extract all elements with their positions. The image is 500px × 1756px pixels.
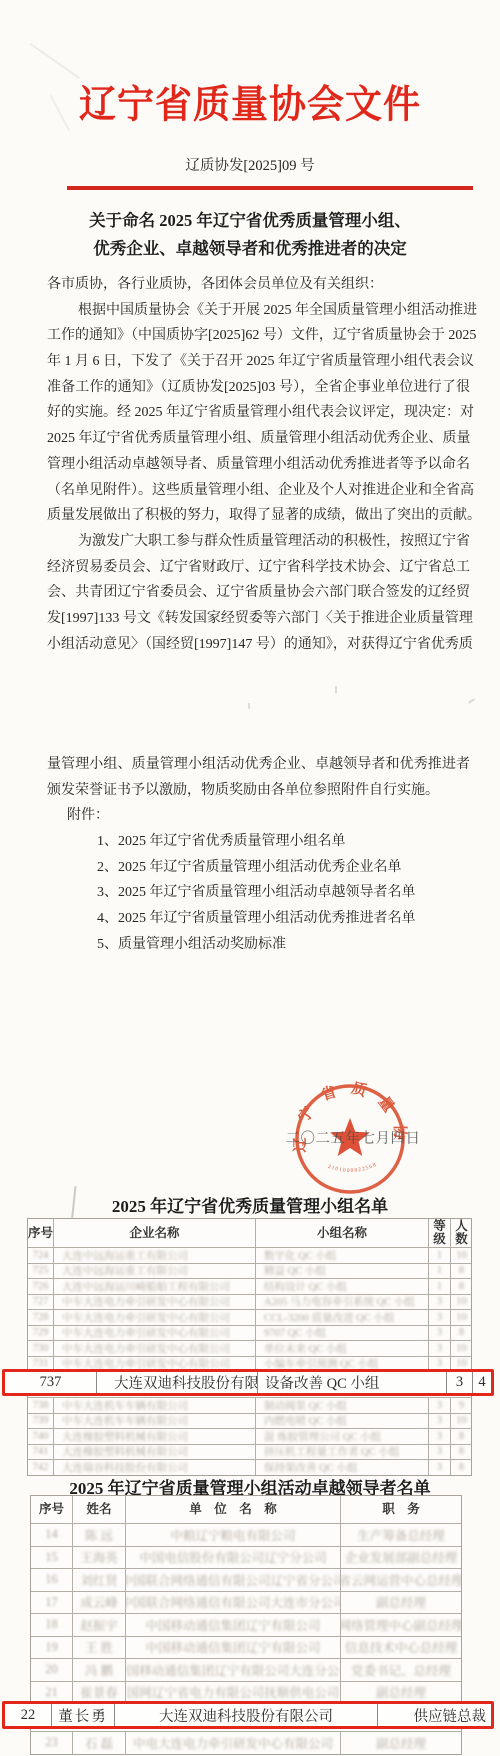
table-cell: 大连瑞谷科技股份有限公司: [54, 1460, 256, 1475]
scan-artifact: [335, 686, 337, 693]
table-cell: 中国联合网络通信有限公司大连市分公司: [126, 1592, 341, 1614]
body-line: 4、2025 年辽宁省质量管理小组活动优秀推进者名单: [47, 906, 470, 932]
table-cell: 742: [28, 1460, 54, 1475]
blurred-cell-text: 14: [45, 1527, 58, 1542]
blurred-cell-text: 726: [33, 1281, 49, 1292]
table-cell: 保持架改善 QC 小组: [256, 1460, 429, 1475]
table-cell: 3: [429, 1445, 451, 1460]
blurred-cell-text: 9707 QC 小组: [264, 1326, 326, 1341]
table-row: 724大连中远海运重工有限公司数字化 QC 小组110: [28, 1247, 471, 1263]
blurred-cell-text: 石 磊: [85, 1734, 113, 1752]
blurred-cell-text: 8: [459, 1431, 464, 1442]
job-title: 供应链总裁: [378, 1704, 491, 1726]
table-cell: 19: [31, 1637, 73, 1659]
org-title: 辽宁省质量协会文件: [0, 73, 500, 129]
blurred-cell-text: 中车大连机车车辆有限公司: [62, 1398, 188, 1413]
blurred-cell-text: 数字化 QC 小组: [264, 1248, 336, 1263]
blurred-cell-text: 3: [437, 1446, 442, 1457]
blurred-cell-text: 崔景春: [80, 1683, 118, 1701]
table-cell: 中车大连电力牵引研发中心有限公司: [54, 1295, 256, 1310]
table-cell: 单位未来 QC 小组: [256, 1341, 429, 1356]
blurred-cell-text: 副总经理: [376, 1683, 426, 1701]
grade: 3: [447, 1372, 473, 1393]
table-cell: 3: [429, 1341, 451, 1356]
blurred-cell-text: 中电大连电力牵引研发中心有限公司: [133, 1734, 333, 1752]
column-header: 单 位 名 称: [126, 1496, 341, 1523]
blurred-cell-text: A205 马力电容牵引系统 QC 小组: [264, 1295, 415, 1310]
blurred-cell-text: 10: [456, 1312, 467, 1323]
table-cell: 中车大连电力牵引研发中心有限公司: [54, 1310, 256, 1325]
body-text-page2: 量管理小组、质量管理小组活动优秀企业、卓越领导者和优秀推进者颁发荣誉证书予以激励…: [47, 752, 470, 958]
blurred-cell-text: 724: [33, 1250, 49, 1261]
body-line: 为激发广大职工参与群众性质量管理活动的积极性，按照辽宁省: [47, 529, 470, 555]
table-cell: 9: [451, 1398, 472, 1413]
table-cell: 741: [28, 1445, 54, 1460]
table-cell: 崔景春: [73, 1682, 126, 1704]
body-line: 经济贸易委员会、辽宁省财政厅、辽宁省科学技术协会、辽宁省总工: [47, 555, 470, 581]
blurred-cell-text: CCL-3200 质量改进 QC 小组: [264, 1310, 394, 1325]
table-cell: 网络管理中心副总经理: [341, 1614, 461, 1636]
blurred-cell-text: 赵振宇: [80, 1616, 118, 1634]
table-row: 14陈 远中粮辽宁粮电有限公司生产筹备总经理: [31, 1523, 461, 1546]
table-row: 726大连中远海运川崎船舶工程有限公司结构设计 QC 小组18: [28, 1278, 471, 1294]
table-row: 738中车大连机车车辆有限公司制动阀泵 QC 小组39: [28, 1397, 471, 1413]
table-cell: 15: [31, 1547, 73, 1569]
table-cell: 728: [28, 1310, 54, 1325]
blurred-cell-text: 网络管理中心副总经理: [341, 1616, 461, 1634]
blurred-cell-text: 10: [456, 1296, 467, 1307]
column-header: 姓名: [73, 1496, 126, 1523]
blurred-cell-text: 大连中远海运重工有限公司: [62, 1264, 188, 1279]
blurred-cell-text: 内燃电喷 QC 小组: [264, 1414, 347, 1429]
table-cell: 中电大连电力牵引研发中心有限公司: [126, 1732, 341, 1754]
table-cell: 21: [31, 1682, 73, 1704]
table-cell: 中国电信股份有限公司辽宁分公司: [126, 1547, 341, 1569]
table-cell: 中国联合网络通信有限公司辽宁省分公司: [126, 1569, 341, 1591]
blurred-cell-text: 中车大连电力牵引研发中心有限公司: [62, 1326, 230, 1341]
table-cell: 3: [429, 1295, 451, 1310]
blurred-cell-text: 中车大连电力牵引研发中心有限公司: [62, 1295, 230, 1310]
body-line: 质量发展做出了积极的努力，取得了显著的成绩，做出了突出的贡献。: [47, 503, 470, 529]
table-cell: CCL-3200 质量改进 QC 小组: [256, 1310, 429, 1325]
blurred-cell-text: 中国电信股份有限公司辽宁分公司: [139, 1548, 327, 1566]
body-line: 量管理小组、质量管理小组活动优秀企业、卓越领导者和优秀推进者: [47, 752, 470, 778]
blurred-cell-text: 3: [437, 1358, 442, 1369]
blurred-cell-text: 中国移动通信集团辽宁有限公司: [145, 1616, 320, 1634]
table-row: 23石 磊中电大连电力牵引研发中心有限公司副总经理: [31, 1731, 461, 1754]
body-line: 颁发荣誉证书予以激励，物质奖励由各单位参照附件自行实施。: [47, 778, 470, 804]
table-cell: 结构设计 QC 小组: [256, 1279, 429, 1294]
document-title-line2: 优秀企业、卓越领导者和优秀推进者的决定: [0, 235, 500, 263]
blurred-cell-text: 大连中远海运重工有限公司: [62, 1248, 188, 1263]
table-cell: 3: [429, 1398, 451, 1413]
blurred-cell-text: 制动阀泵 QC 小组: [264, 1398, 347, 1413]
table-cell: 1: [429, 1279, 451, 1294]
table-cell: 9707 QC 小组: [256, 1326, 429, 1341]
table-cell: 10: [451, 1341, 472, 1356]
stamp-code: 2101000822568: [327, 1162, 378, 1174]
table-cell: 10: [451, 1248, 472, 1263]
table-cell: 冯 鹏: [73, 1659, 126, 1681]
table-cell: 18: [31, 1614, 73, 1636]
blurred-cell-text: 生产筹备总经理: [357, 1526, 445, 1544]
table-row: 17成云峰中国联合网络通信有限公司大连市分公司副总经理: [31, 1591, 461, 1614]
blurred-cell-text: 23: [45, 1735, 58, 1750]
table-cell: 省云网运营中心总经理: [341, 1569, 461, 1591]
blurred-cell-text: 8: [459, 1446, 464, 1457]
blurred-cell-text: 中车大连机车车辆有限公司: [62, 1414, 188, 1429]
blurred-cell-text: 省云网运营中心总经理: [341, 1571, 461, 1589]
highlight-row-22: 22董长勇大连双迪科技股份有限公司供应链总裁: [2, 1701, 494, 1729]
table-cell: 8: [451, 1264, 472, 1279]
table-cell: 中车大连机车车辆有限公司: [54, 1414, 256, 1429]
body-line: 2025 年辽宁省优秀质量管理小组、质量管理小组活动优秀企业、质量: [47, 426, 470, 452]
column-header: 序号: [31, 1496, 73, 1523]
blurred-cell-text: 10: [456, 1343, 467, 1354]
table-row: 729中车大连电力牵引研发中心有限公司9707 QC 小组38: [28, 1325, 471, 1341]
table-cell: 1: [429, 1264, 451, 1279]
table-cell: 挤压机工程量工作者 QC 小组: [256, 1445, 429, 1460]
blurred-cell-text: 19: [45, 1640, 58, 1655]
svg-text:2101000822568: 2101000822568: [327, 1162, 378, 1174]
table-cell: 副总经理: [341, 1732, 461, 1754]
body-line: （名单见附件）。这些质量管理小组、企业及个人对推进企业和全省高: [47, 478, 470, 504]
blurred-cell-text: 10: [456, 1250, 467, 1261]
table-cell: 成云峰: [73, 1592, 126, 1614]
table-cell: 23: [31, 1732, 73, 1754]
table-cell: 陈 远: [73, 1524, 126, 1546]
blurred-cell-text: 742: [33, 1462, 49, 1473]
table-cell: 724: [28, 1248, 54, 1263]
blurred-cell-text: 1: [437, 1250, 442, 1261]
table-cell: 8: [451, 1326, 472, 1341]
table-cell: 数字化 QC 小组: [256, 1248, 429, 1263]
table-cell: A205 马力电容牵引系统 QC 小组: [256, 1295, 429, 1310]
table-cell: 中车大连电力牵引研发中心有限公司: [54, 1341, 256, 1356]
column-header: 等级: [429, 1219, 451, 1247]
table-cell: 3: [429, 1460, 451, 1475]
scan-artifact: [468, 698, 475, 703]
blurred-cell-text: 陈 远: [85, 1526, 113, 1544]
table-cell: 大连中远海运重工有限公司: [54, 1264, 256, 1279]
red-divider-rule: [67, 186, 473, 190]
person-name: 董长勇: [52, 1704, 115, 1726]
table-row: 727中车大连电力牵引研发中心有限公司A205 马力电容牵引系统 QC 小组31…: [28, 1294, 471, 1310]
blurred-cell-text: 730: [33, 1343, 49, 1354]
table-cell: 副总经理: [341, 1592, 461, 1614]
body-line: 年 1 月 6 日，下发了《关于召开 2025 年辽宁省质量管理小组代表会议: [47, 349, 470, 375]
body-line: 3、2025 年辽宁省质量管理小组活动卓越领导者名单: [47, 880, 470, 906]
blurred-cell-text: 727: [33, 1296, 49, 1307]
table-cell: 中车大连机车车辆有限公司: [54, 1398, 256, 1413]
blurred-cell-text: 1: [437, 1265, 442, 1276]
body-line: 好的实施。经 2025 年辽宁省质量管理小组代表会议评定，现决定：对: [47, 400, 470, 426]
body-line: 准备工作的通知》（辽质协发[2025]03 号），全省企事业单位进行了很: [47, 375, 470, 401]
table-cell: 副总经理: [341, 1682, 461, 1704]
table-cell: 730: [28, 1341, 54, 1356]
blurred-cell-text: 中粮辽宁粮电有限公司: [170, 1526, 295, 1544]
table-row: 20冯 鹏中国移动通信集团辽宁有限公司大连分公司党委书记、总经理: [31, 1658, 461, 1681]
blurred-cell-text: 731: [33, 1358, 49, 1369]
document-page: 辽宁省质量协会文件 辽质协发[2025]09 号 关于命名 2025 年辽宁省优…: [0, 0, 500, 1756]
table-cell: 精益 QC 小组: [256, 1264, 429, 1279]
company-name: 大连双迪科技股份有限公司: [115, 1704, 378, 1726]
blurred-cell-text: 16: [45, 1572, 58, 1587]
blurred-cell-text: 18: [45, 1617, 58, 1632]
body-line: 根据中国质量协会《关于开展 2025 年全国质量管理小组活动推进: [47, 298, 470, 324]
blurred-cell-text: 738: [33, 1400, 49, 1411]
table-cell: 10: [451, 1414, 472, 1429]
table-cell: 企业发展部副总经理: [341, 1547, 461, 1569]
table-cell: 1: [429, 1248, 451, 1263]
table-cell: 王 胜: [73, 1637, 126, 1659]
blurred-cell-text: 8: [459, 1462, 464, 1473]
blurred-cell-text: 混 炼胶管理公司 QC 小组: [264, 1429, 381, 1444]
body-line: 1、2025 年辽宁省优秀质量管理小组名单: [47, 829, 470, 855]
table-cell: 信息技术中心总经理: [341, 1637, 461, 1659]
table-row: 742大连瑞谷科技股份有限公司保持架改善 QC 小组38: [28, 1459, 471, 1475]
table-row: 16刘红贤中国联合网络通信有限公司辽宁省分公司省云网运营中心总经理: [31, 1568, 461, 1591]
table-row: 739中车大连机车车辆有限公司内燃电喷 QC 小组310: [28, 1413, 471, 1429]
blurred-cell-text: 3: [437, 1431, 442, 1442]
blurred-cell-text: 3: [437, 1312, 442, 1323]
table-cell: 王海英: [73, 1547, 126, 1569]
table-cell: 中粮辽宁粮电有限公司: [126, 1524, 341, 1546]
table-header-row: 序号企业名称小组名称等级人数: [28, 1219, 471, 1247]
blurred-cell-text: 成云峰: [80, 1593, 118, 1611]
serial-number: 22: [5, 1704, 52, 1726]
document-title: 关于命名 2025 年辽宁省优秀质量管理小组、 优秀企业、卓越领导者和优秀推进者…: [0, 207, 500, 263]
blurred-cell-text: 1: [437, 1281, 442, 1292]
table-cell: 石 磊: [73, 1732, 126, 1754]
blurred-cell-text: 挤压机工程量工作者 QC 小组: [264, 1445, 399, 1460]
blurred-cell-text: 739: [33, 1415, 49, 1426]
table-cell: 739: [28, 1414, 54, 1429]
blurred-cell-text: 冯 鹏: [85, 1661, 113, 1679]
table-cell: 3: [429, 1429, 451, 1444]
table-cell: 738: [28, 1398, 54, 1413]
body-line: 小组活动意见〉（国经贸[1997]147 号）的通知》，对获得辽宁省优秀质: [47, 632, 470, 658]
blurred-cell-text: 729: [33, 1327, 49, 1338]
body-line: 会、共青团辽宁省委员会、辽宁省质量协会六部门联合签发的辽经贸: [47, 580, 470, 606]
column-header: 职 务: [341, 1496, 461, 1523]
table-cell: 大连橡胶塑料机械有限公司: [54, 1445, 256, 1460]
table-cell: 3: [429, 1310, 451, 1325]
body-line: 发[1997]133 号文《转发国家经贸委等六部门〈关于推进企业质量管理: [47, 606, 470, 632]
table1-title: 2025 年辽宁省优秀质量管理小组名单: [0, 1192, 500, 1217]
blurred-cell-text: 信息技术中心总经理: [345, 1638, 458, 1656]
blurred-cell-text: 大连橡胶塑料机械有限公司: [62, 1445, 188, 1460]
table-cell: 内燃电喷 QC 小组: [256, 1414, 429, 1429]
table-cell: 制动阀泵 QC 小组: [256, 1398, 429, 1413]
table-cell: 大连中远海运川崎船舶工程有限公司: [54, 1279, 256, 1294]
serial-number: 737: [5, 1372, 97, 1393]
table-cell: 中车大连电力牵引研发中心有限公司: [54, 1326, 256, 1341]
blurred-cell-text: 8: [459, 1327, 464, 1338]
blurred-cell-text: 15: [45, 1550, 58, 1565]
date-overlay: 二〇二五年七月四日: [283, 1127, 423, 1148]
table-cell: 中国移动通信集团辽宁有限公司: [126, 1637, 341, 1659]
table-cell: 大连中远海运重工有限公司: [54, 1248, 256, 1263]
column-header: 企业名称: [54, 1219, 256, 1247]
column-header: 序号: [28, 1219, 54, 1247]
blurred-cell-text: 保持架改善 QC 小组: [264, 1460, 357, 1475]
table-cell: 刘红贤: [73, 1569, 126, 1591]
blurred-cell-text: 结构设计 QC 小组: [264, 1279, 347, 1294]
blurred-cell-text: 单位未来 QC 小组: [264, 1341, 347, 1356]
blurred-cell-text: 大连橡胶塑料机械有限公司: [62, 1429, 188, 1444]
blurred-cell-text: 中车大连电力牵引研发中心有限公司: [62, 1310, 230, 1325]
table-cell: 726: [28, 1279, 54, 1294]
blurred-cell-text: 3: [437, 1415, 442, 1426]
table-cell: 16: [31, 1569, 73, 1591]
blurred-cell-text: 3: [437, 1400, 442, 1411]
body-line: 2、2025 年辽宁省质量管理小组活动优秀企业名单: [47, 855, 470, 881]
table-row: 740大连橡胶塑料机械有限公司混 炼胶管理公司 QC 小组38: [28, 1428, 471, 1444]
blurred-cell-text: 中国移动通信集团辽宁有限公司: [145, 1638, 320, 1656]
body-line: 工作的通知》（中国质协字[2025]62 号）文件，辽宁省质量协会于 2025: [47, 323, 470, 349]
blurred-cell-text: 8: [459, 1281, 464, 1292]
qc-group-table: 序号企业名称小组名称等级人数724大连中远海运重工有限公司数字化 QC 小组11…: [27, 1218, 472, 1476]
table-cell: 17: [31, 1592, 73, 1614]
document-title-line1: 关于命名 2025 年辽宁省优秀质量管理小组、: [0, 207, 500, 235]
table-cell: 党委书记、总经理: [341, 1659, 461, 1681]
company-name: 大连双迪科技股份有限公司: [97, 1372, 258, 1393]
body-line: 各市质协，各行业质协，各团体会员单位及有关组织：: [47, 272, 470, 298]
blurred-cell-text: 10: [456, 1358, 467, 1369]
blurred-cell-text: 王 胜: [85, 1638, 113, 1656]
table-cell: 10: [451, 1310, 472, 1325]
blurred-cell-text: 728: [33, 1312, 49, 1323]
blurred-cell-text: 740: [33, 1431, 49, 1442]
blurred-cell-text: 王海英: [80, 1548, 118, 1566]
table-cell: 3: [429, 1326, 451, 1341]
table-cell: 中国移动通信集团辽宁有限公司大连分公司: [126, 1659, 341, 1681]
blurred-cell-text: 中国联合网络通信有限公司大连市分公司: [126, 1593, 341, 1611]
blurred-cell-text: 17: [45, 1595, 58, 1610]
table-cell: 729: [28, 1326, 54, 1341]
blurred-cell-text: 8: [459, 1265, 464, 1276]
column-header: 小组名称: [256, 1219, 429, 1247]
group-name: 设备改善 QC 小组: [258, 1372, 447, 1393]
blurred-cell-text: 国网辽宁省电力有限公司抚顺供电公司: [127, 1683, 340, 1701]
table-cell: 725: [28, 1264, 54, 1279]
blurred-cell-text: 党委书记、总经理: [351, 1661, 451, 1679]
highlight-row-737: 737大连双迪科技股份有限公司设备改善 QC 小组34: [2, 1369, 494, 1396]
blurred-cell-text: 企业发展部副总经理: [345, 1548, 458, 1566]
blurred-cell-text: 中国联合网络通信有限公司辽宁省分公司: [126, 1571, 341, 1589]
blurred-cell-text: 副总经理: [376, 1593, 426, 1611]
scan-artifact: [248, 703, 250, 709]
table-cell: 8: [451, 1460, 472, 1475]
member-count: 4: [473, 1372, 491, 1393]
table-cell: 8: [451, 1429, 472, 1444]
blurred-cell-text: 精益 QC 小组: [264, 1264, 326, 1279]
column-header: 人数: [451, 1219, 472, 1247]
blurred-cell-text: 3: [437, 1327, 442, 1338]
body-text-page1: 各市质协，各行业质协，各团体会员单位及有关组织：根据中国质量协会《关于开展 20…: [47, 272, 470, 657]
blurred-cell-text: 3: [437, 1296, 442, 1307]
blurred-cell-text: 副总经理: [376, 1734, 426, 1752]
blurred-cell-text: 10: [456, 1415, 467, 1426]
table-row: 730中车大连电力牵引研发中心有限公司单位未来 QC 小组310: [28, 1340, 471, 1356]
table-row: 725大连中远海运重工有限公司精益 QC 小组18: [28, 1263, 471, 1279]
table-cell: 10: [451, 1295, 472, 1310]
blurred-cell-text: 21: [45, 1685, 58, 1700]
table-cell: 20: [31, 1659, 73, 1681]
table-cell: 赵振宇: [73, 1614, 126, 1636]
table-row: 15王海英中国电信股份有限公司辽宁分公司企业发展部副总经理: [31, 1546, 461, 1569]
table-cell: 大连橡胶塑料机械有限公司: [54, 1429, 256, 1444]
doc-number: 辽质协发[2025]09 号: [0, 154, 500, 175]
table-row: 19王 胜中国移动通信集团辽宁有限公司信息技术中心总经理: [31, 1636, 461, 1659]
table-cell: 混 炼胶管理公司 QC 小组: [256, 1429, 429, 1444]
table-cell: 3: [429, 1414, 451, 1429]
table-row: 18赵振宇中国移动通信集团辽宁有限公司网络管理中心副总经理: [31, 1613, 461, 1636]
table-cell: 14: [31, 1524, 73, 1546]
blurred-cell-text: 9: [459, 1400, 464, 1411]
blurred-cell-text: 20: [45, 1662, 58, 1677]
blurred-cell-text: 中车大连电力牵引研发中心有限公司: [62, 1341, 230, 1356]
table-header-row: 序号姓名单 位 名 称职 务: [31, 1496, 461, 1523]
blurred-cell-text: 中国移动通信集团辽宁有限公司大连分公司: [126, 1661, 341, 1679]
blurred-cell-text: 大连瑞谷科技股份有限公司: [62, 1460, 188, 1475]
table-row: 21崔景春国网辽宁省电力有限公司抚顺供电公司副总经理: [31, 1681, 461, 1704]
blurred-cell-text: 725: [33, 1265, 49, 1276]
table-cell: 8: [451, 1279, 472, 1294]
table-cell: 中国移动通信集团辽宁有限公司: [126, 1614, 341, 1636]
table-cell: 8: [451, 1445, 472, 1460]
table-row: 741大连橡胶塑料机械有限公司挤压机工程量工作者 QC 小组38: [28, 1444, 471, 1460]
blurred-cell-text: 3: [437, 1343, 442, 1354]
body-line: 管理小组活动卓越领导者、质量管理小组活动优秀推进者等予以命名: [47, 452, 470, 478]
table-cell: 740: [28, 1429, 54, 1444]
blurred-cell-text: 741: [33, 1446, 49, 1457]
blurred-cell-text: 大连中远海运川崎船舶工程有限公司: [62, 1279, 230, 1294]
blurred-cell-text: 3: [437, 1462, 442, 1473]
table-cell: 生产筹备总经理: [341, 1524, 461, 1546]
table-cell: 727: [28, 1295, 54, 1310]
body-line: 附件：: [47, 803, 470, 829]
table-row: 728中车大连电力牵引研发中心有限公司CCL-3200 质量改进 QC 小组31…: [28, 1309, 471, 1325]
body-line: 5、质量管理小组活动奖励标准: [47, 932, 470, 958]
blurred-cell-text: 刘红贤: [80, 1571, 118, 1589]
table-cell: 国网辽宁省电力有限公司抚顺供电公司: [126, 1682, 341, 1704]
